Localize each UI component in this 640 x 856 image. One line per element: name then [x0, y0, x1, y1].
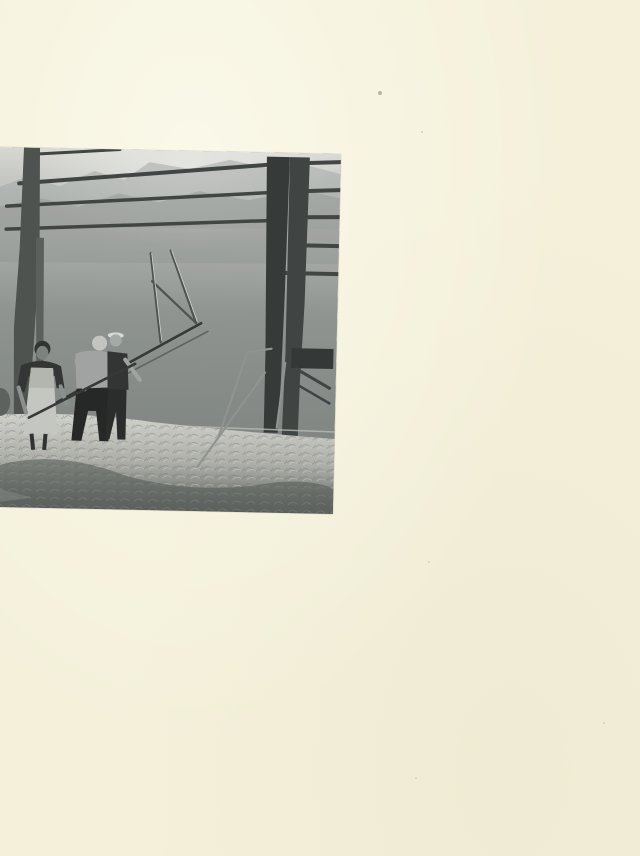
album-page: [0, 0, 640, 856]
paper-speck: [378, 91, 382, 95]
mounted-photograph: [0, 147, 341, 514]
paper-speck: [428, 561, 430, 563]
photo-scene: [0, 147, 341, 514]
paper-speck: [421, 131, 423, 133]
paper-speck: [415, 777, 417, 779]
paper-speck: [603, 722, 605, 724]
